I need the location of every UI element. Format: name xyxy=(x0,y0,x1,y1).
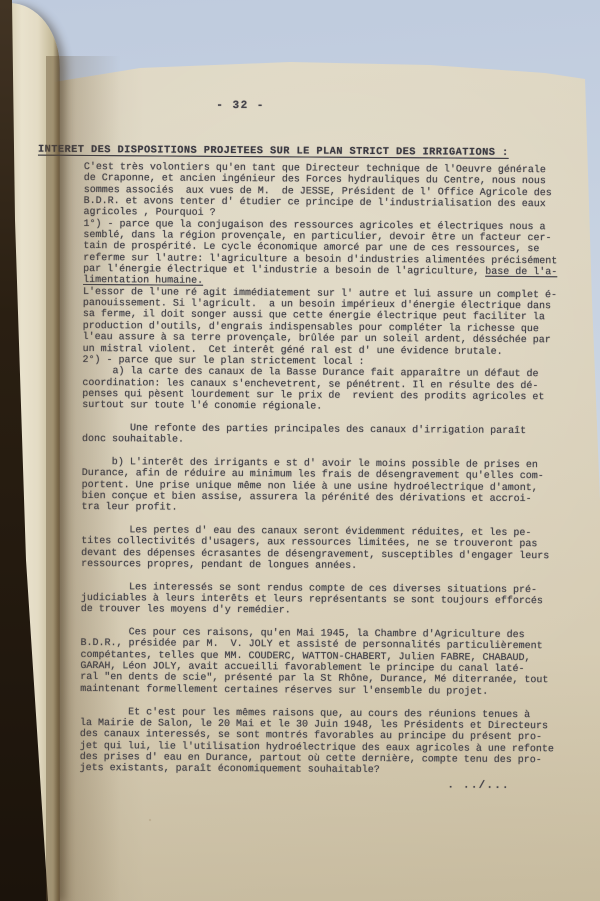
document-heading: INTERET DES DISPOSITIONS PROJETEES SUR L… xyxy=(38,144,509,159)
page-number: - 32 - xyxy=(216,100,265,112)
typed-text-layer: - 32 - INTERET DES DISPOSITIONS PROJETEE… xyxy=(0,0,600,901)
document-lines: C'est très volontiers qu'en tant que Dir… xyxy=(80,162,558,778)
continuation-mark: . ../... xyxy=(448,780,511,792)
document-photo: - 32 - INTERET DES DISPOSITIONS PROJETEE… xyxy=(0,0,600,901)
